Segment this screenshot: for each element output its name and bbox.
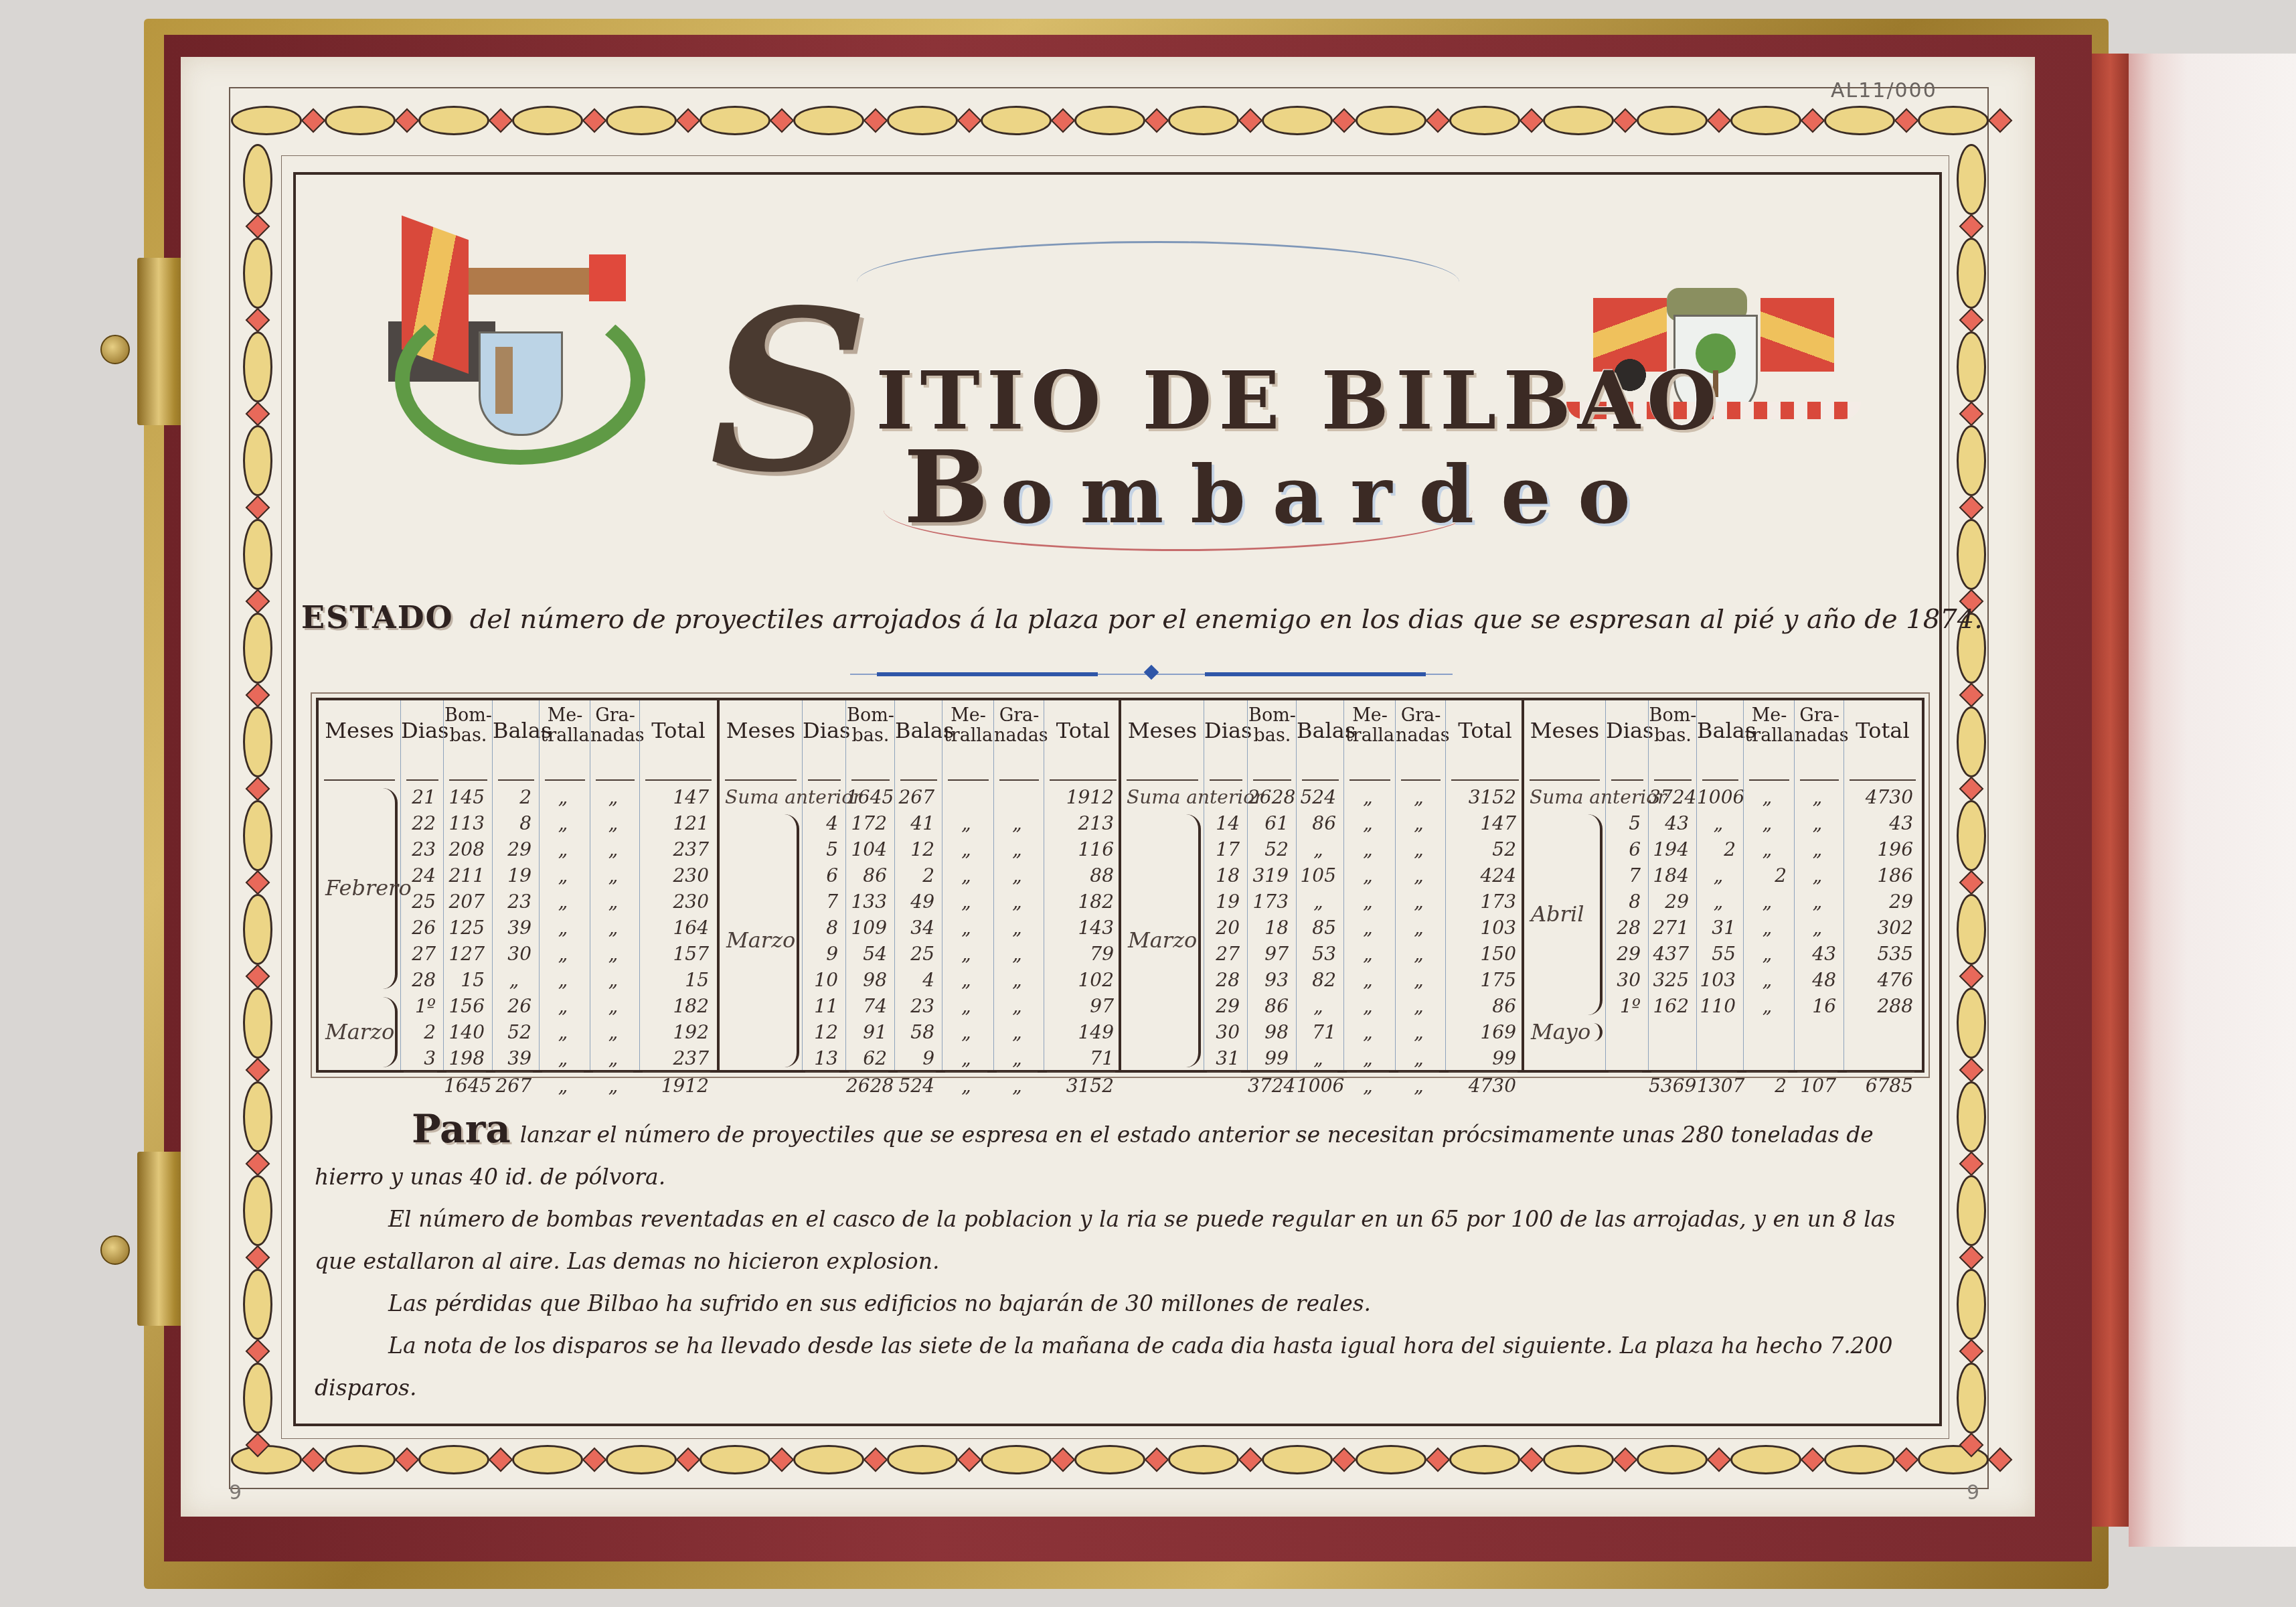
column-header-meses: Meses	[1121, 720, 1204, 741]
column-cells: 31521475242417310315017586169994730	[1446, 784, 1520, 1099]
border-diamond-icon	[246, 1433, 270, 1458]
border-oval	[1262, 106, 1333, 135]
border-oval	[1074, 106, 1145, 135]
table-cell: „	[994, 1045, 1040, 1071]
cloth-spine	[2092, 54, 2129, 1527]
header-rule	[1302, 779, 1339, 781]
header-rule	[1702, 779, 1738, 781]
table-cell: „	[1795, 836, 1840, 862]
border-diamond-icon	[676, 108, 701, 133]
border-diamond-icon	[246, 1058, 270, 1083]
table-cell: „	[1744, 784, 1791, 810]
table-cell: 1912	[1044, 784, 1118, 810]
sum-cell-metralla: „	[1344, 1073, 1392, 1099]
table-cell: 1º	[401, 993, 440, 1019]
table-cell: „	[590, 967, 636, 993]
border-oval	[1957, 1175, 1986, 1246]
table-cell: 3152	[1446, 784, 1520, 810]
table-cell: 109	[846, 915, 891, 941]
border-diamond-icon	[246, 1245, 270, 1270]
month-label: Abril	[1531, 901, 1584, 927]
table-cell: 8	[803, 915, 842, 941]
empty-cell	[1649, 1045, 1693, 1071]
table-cell: 26	[401, 915, 440, 941]
column-cells: 262861523191731897938698993724	[1248, 784, 1293, 1099]
table-cell: „	[1396, 836, 1442, 862]
table-cell: 4730	[1844, 784, 1917, 810]
table-cell: 125	[444, 915, 489, 941]
table-cell: 2	[895, 862, 938, 889]
border-oval	[243, 144, 272, 215]
column-header-balas: Balas	[1697, 720, 1744, 741]
header-rule	[808, 779, 841, 781]
column-header-granadas: Gra-nadas	[994, 706, 1044, 746]
border-diamond-icon	[489, 108, 513, 133]
column-cells: „„„„„„„„„„„„	[540, 784, 586, 1099]
column-cells: 14171819202728293031	[1204, 784, 1244, 1099]
border-diamond-icon	[1145, 108, 1169, 133]
table-cell: 52	[493, 1019, 536, 1045]
border-diamond-icon	[770, 108, 795, 133]
sum-cell-total: 6785	[1844, 1073, 1917, 1099]
table-cell: „	[1744, 915, 1791, 941]
table-cell: 16	[1795, 993, 1840, 1019]
table-cell: 29	[1204, 993, 1244, 1019]
table-cell: „	[1344, 915, 1392, 941]
table-cell: 5	[803, 836, 842, 862]
border-oval	[981, 1445, 1052, 1474]
table-cell: 267	[895, 784, 938, 810]
column-header-meses: Meses	[1524, 720, 1605, 741]
table-cell: 2	[493, 784, 536, 810]
border-oval	[1449, 1445, 1520, 1474]
table-cell: 9	[803, 941, 842, 967]
border-oval	[418, 1445, 489, 1474]
decorative-border-top	[231, 100, 2012, 141]
table-cell	[994, 784, 1040, 810]
table-cell: 98	[846, 967, 891, 993]
table-cell: 8	[493, 810, 536, 836]
table-cell: 52	[1446, 836, 1520, 862]
paragraph-2: El número de bombas reventadas en el cas…	[315, 1198, 1921, 1282]
column-balas: Balas52486„105„855382„71„1006	[1296, 700, 1344, 1070]
table-cell: 164	[640, 915, 713, 941]
sum-cell-metralla: 2	[1744, 1073, 1791, 1099]
column-header-metralla: Me-tralla	[1344, 706, 1396, 746]
table-cell: 62	[846, 1045, 891, 1071]
column-balas: Balas26741122493425423589524	[894, 700, 942, 1070]
border-oval	[700, 1445, 770, 1474]
border-diamond-icon	[1426, 1448, 1451, 1472]
border-oval	[1637, 1445, 1708, 1474]
month-label: Febrero	[325, 875, 412, 901]
border-oval	[1543, 106, 1614, 135]
column-header-total: Total	[1844, 720, 1921, 741]
border-diamond-icon	[957, 108, 982, 133]
para-lead-word: Para	[412, 1106, 511, 1152]
header-rule	[498, 779, 534, 781]
header-rule	[851, 779, 890, 781]
table-cell: 127	[444, 941, 489, 967]
table-cell: „	[1344, 941, 1392, 967]
table-cell: 182	[640, 993, 713, 1019]
table-cell: 27	[1204, 941, 1244, 967]
border-oval	[1957, 1081, 1986, 1152]
decorative-border-right	[1951, 144, 1991, 1456]
column-header-balas: Balas	[895, 720, 942, 741]
sum-cell-bombas: 5369	[1649, 1073, 1693, 1099]
catalog-label: AL11/000	[1831, 79, 1937, 102]
sum-cell-bombas: 2628	[846, 1073, 891, 1099]
border-oval	[512, 106, 583, 135]
border-oval	[793, 1445, 864, 1474]
header-rule	[999, 779, 1039, 781]
column-metralla: Me-tralla„„„2„„„„„2	[1743, 700, 1795, 1070]
empty-cell	[1606, 1073, 1645, 1099]
empty-cell	[1649, 1019, 1693, 1045]
table-cell: „	[942, 1019, 990, 1045]
table-cell: „	[1396, 810, 1442, 836]
border-oval	[243, 1269, 272, 1340]
border-diamond-icon	[1801, 108, 1825, 133]
table-cell: „	[994, 889, 1040, 915]
table-cell: „	[1344, 1045, 1392, 1071]
column-header-balas: Balas	[493, 720, 540, 741]
table-cell: „	[1697, 889, 1740, 915]
header-rule	[1530, 779, 1600, 781]
border-diamond-icon	[1332, 108, 1357, 133]
border-diamond-icon	[1613, 108, 1638, 133]
table-cell: „	[540, 810, 586, 836]
table-cell: „	[1297, 889, 1340, 915]
table-cell: 169	[1446, 1019, 1520, 1045]
border-oval	[1449, 106, 1520, 135]
table-cell	[942, 784, 990, 810]
table-cell: „	[540, 1045, 586, 1071]
table-cell: 6	[1606, 836, 1645, 862]
table-cell: 97	[1248, 941, 1293, 967]
empty-cell	[1844, 1045, 1917, 1071]
header-rule	[1611, 779, 1643, 781]
column-cells: „„„„„„„„„„„	[994, 784, 1040, 1099]
header-rule	[545, 779, 585, 781]
table-cell: „	[590, 784, 636, 810]
column-cells: 1912213116881821437910297149713152	[1044, 784, 1118, 1099]
sum-cell-granadas: 107	[1795, 1073, 1840, 1099]
border-oval	[243, 238, 272, 309]
header-rule	[1127, 779, 1198, 781]
sum-cell-balas: 1307	[1697, 1073, 1740, 1099]
table-cell: 476	[1844, 967, 1917, 993]
column-cells: 45678910111213	[803, 784, 842, 1099]
border-diamond-icon	[246, 870, 270, 895]
column-header-meses: Meses	[720, 720, 802, 741]
border-diamond-icon	[1959, 495, 1984, 520]
border-diamond-icon	[246, 495, 270, 520]
table-cell: „	[1795, 862, 1840, 889]
carried-forward-label: Suma anterior	[1530, 784, 1667, 810]
table-cell: „	[942, 941, 990, 967]
empty-cell	[401, 1073, 440, 1099]
border-oval	[1918, 106, 1989, 135]
border-diamond-icon	[1332, 1448, 1357, 1472]
border-diamond-icon	[957, 1448, 982, 1472]
table-cell: 61	[1248, 810, 1293, 836]
border-oval	[243, 800, 272, 871]
column-bombas: Bom-bas.16451721048613310954987491622628	[845, 700, 895, 1070]
laurel-wreath-icon	[395, 295, 645, 465]
spanish-flag-icon	[1760, 298, 1834, 372]
column-balas: Balas282919233930„265239267	[492, 700, 540, 1070]
table-cell: 20	[1204, 915, 1244, 941]
table-cell: 30	[493, 941, 536, 967]
table-cell: „	[1344, 810, 1392, 836]
table-cell: „	[1344, 967, 1392, 993]
border-oval	[243, 706, 272, 777]
table-cell: 30	[1204, 1019, 1244, 1045]
table-cell: „	[1297, 993, 1340, 1019]
table-cell: 437	[1649, 941, 1693, 967]
border-diamond-icon	[246, 683, 270, 708]
column-metralla: Me-tralla„„„„„„„„„„„„	[1343, 700, 1396, 1070]
table-cell: 29	[1649, 889, 1693, 915]
table-cell: 99	[1446, 1045, 1520, 1071]
table-cell: „	[590, 915, 636, 941]
table-cell: 28	[1204, 967, 1244, 993]
border-oval	[1262, 1445, 1333, 1474]
subtitle-rest: ombardeo	[1001, 448, 1657, 541]
table-cell: 30	[1606, 967, 1645, 993]
table-cell: 150	[1446, 941, 1520, 967]
table-cell: 271	[1649, 915, 1693, 941]
month-label: Marzo	[1128, 927, 1197, 953]
border-oval	[243, 894, 272, 965]
table-cell: 156	[444, 993, 489, 1019]
table-cell: 23	[401, 836, 440, 862]
table-cell: „	[1344, 784, 1392, 810]
empty-cell	[1795, 1045, 1840, 1071]
table-cell: „	[493, 967, 536, 993]
carried-forward-label: Suma anterior	[725, 784, 862, 810]
table-cell: 41	[895, 810, 938, 836]
table-cell: 173	[1446, 889, 1520, 915]
column-cells: „„„„„„„„„„„„	[590, 784, 636, 1099]
table-cell: 7	[803, 889, 842, 915]
table-cell: 86	[846, 862, 891, 889]
table-cell: 230	[640, 862, 713, 889]
table-cell: 116	[1044, 836, 1118, 862]
table-cell: 105	[1297, 862, 1340, 889]
header-rule	[1451, 779, 1519, 781]
border-diamond-icon	[1959, 683, 1984, 708]
table-cell: 524	[1297, 784, 1340, 810]
border-diamond-icon	[246, 589, 270, 614]
border-diamond-icon	[246, 308, 270, 333]
column-cells: 372443194184292714373251625369	[1649, 784, 1693, 1099]
border-oval	[887, 106, 958, 135]
border-diamond-icon	[1051, 108, 1076, 133]
table-cell: 2	[401, 1019, 440, 1045]
border-oval	[243, 1175, 272, 1246]
border-oval	[1543, 1445, 1614, 1474]
table-cell: 143	[1044, 915, 1118, 941]
table-cell: „	[1744, 836, 1791, 862]
table-cell: „	[540, 836, 586, 862]
month-label: Marzo	[325, 1019, 394, 1045]
pennant-icon	[589, 254, 626, 301]
border-oval	[1824, 1445, 1895, 1474]
border-diamond-icon	[1238, 1448, 1263, 1472]
header-rule	[1253, 779, 1291, 781]
border-oval	[1824, 106, 1895, 135]
table-cell: 121	[640, 810, 713, 836]
table-cell: „	[1697, 810, 1740, 836]
sum-cell-balas: 267	[493, 1073, 536, 1099]
column-header-total: Total	[640, 720, 717, 741]
header-rule	[645, 779, 712, 781]
border-oval	[1957, 706, 1986, 777]
table-cell: 208	[444, 836, 489, 862]
sum-cell-total: 1912	[640, 1073, 713, 1099]
border-diamond-icon	[1959, 964, 1984, 989]
table-cell: 49	[895, 889, 938, 915]
table-cell: 98	[1248, 1019, 1293, 1045]
table-cell: 175	[1446, 967, 1520, 993]
column-header-granadas: Gra-nadas	[1795, 706, 1844, 746]
table-cell: 302	[1844, 915, 1917, 941]
column-header-meses: Meses	[319, 720, 400, 741]
border-diamond-icon	[1959, 402, 1984, 427]
table-cell: 74	[846, 993, 891, 1019]
border-oval	[1074, 1445, 1145, 1474]
table-cell: „	[942, 993, 990, 1019]
table-cell: „	[1795, 810, 1840, 836]
table-cell: „	[590, 836, 636, 862]
border-diamond-icon	[301, 108, 326, 133]
table-cell: 157	[640, 941, 713, 967]
border-oval	[981, 106, 1052, 135]
table-cell: 424	[1446, 862, 1520, 889]
table-cell: „	[1744, 889, 1791, 915]
table-cell: „	[994, 915, 1040, 941]
table-cell: 213	[1044, 810, 1118, 836]
sum-cell-total: 4730	[1446, 1073, 1520, 1099]
border-diamond-icon	[1959, 777, 1984, 801]
border-diamond-icon	[864, 1448, 888, 1472]
table-cell: 103	[1446, 915, 1520, 941]
decorative-border-bottom	[231, 1440, 2012, 1480]
table-cell: 34	[895, 915, 938, 941]
column-header-dias: Dias	[1204, 720, 1248, 741]
table-cell: 71	[1044, 1045, 1118, 1071]
border-diamond-icon	[1238, 108, 1263, 133]
table-cell: 4	[895, 967, 938, 993]
column-cells: 282919233930„265239267	[493, 784, 536, 1099]
sum-cell-bombas: 3724	[1248, 1073, 1293, 1099]
column-metralla: Me-tralla„„„„„„„„„„„	[942, 700, 994, 1070]
border-oval	[243, 1363, 272, 1434]
table-cell: 182	[1044, 889, 1118, 915]
table-cell: „	[1396, 941, 1442, 967]
table-cell: „	[942, 967, 990, 993]
border-oval	[243, 1081, 272, 1152]
column-header-dias: Dias	[401, 720, 444, 741]
border-diamond-icon	[246, 964, 270, 989]
table-cell: „	[540, 941, 586, 967]
table-cell: 211	[444, 862, 489, 889]
month-label: Mayo	[1531, 1019, 1590, 1045]
border-oval	[1730, 106, 1801, 135]
estado-text: del número de proyectiles arrojados á la…	[470, 604, 1983, 635]
projectiles-table: MesesDias21222324252627281º23Bom-bas.145…	[316, 698, 1924, 1073]
table-cell: 173	[1248, 889, 1293, 915]
table-cell: 198	[444, 1045, 489, 1071]
table-cell: 110	[1697, 993, 1740, 1019]
border-diamond-icon	[1801, 1448, 1825, 1472]
table-cell: 19	[1204, 889, 1244, 915]
table-cell: 196	[1844, 836, 1917, 862]
column-cells: 16451721048613310954987491622628	[846, 784, 891, 1099]
border-diamond-icon	[1894, 108, 1919, 133]
table-cell: „	[1297, 836, 1340, 862]
table-cell: „	[994, 810, 1040, 836]
table-cell: „	[590, 1019, 636, 1045]
column-dias: Dias56782829301º	[1605, 700, 1649, 1070]
table-cell: 31	[1697, 915, 1740, 941]
table-cell: 288	[1844, 993, 1917, 1019]
table-cell: 58	[895, 1019, 938, 1045]
table-cell: 184	[1649, 862, 1693, 889]
table-cell: „	[994, 967, 1040, 993]
column-header-granadas: Gra-nadas	[1396, 706, 1446, 746]
table-cell: „	[994, 941, 1040, 967]
border-diamond-icon	[246, 777, 270, 801]
border-oval	[512, 1445, 583, 1474]
border-oval	[887, 1445, 958, 1474]
table-cell: „	[1396, 1019, 1442, 1045]
column-cells: 147121237230230164157151821922371912	[640, 784, 713, 1099]
table-cell: „	[1795, 889, 1840, 915]
table-cell: 18	[1204, 862, 1244, 889]
column-header-dias: Dias	[1606, 720, 1649, 741]
sum-cell-total: 3152	[1044, 1073, 1118, 1099]
border-oval	[1957, 800, 1986, 871]
border-diamond-icon	[1959, 1339, 1984, 1364]
table-cell: „	[1344, 1019, 1392, 1045]
border-oval	[1957, 425, 1986, 496]
border-diamond-icon	[1520, 1448, 1544, 1472]
table-cell: 192	[640, 1019, 713, 1045]
estado-lead-word: ESTADO	[301, 599, 454, 635]
estado-heading: ESTADOdel número de proyectiles arrojado…	[301, 599, 1983, 635]
table-cell: 14	[1204, 810, 1244, 836]
header-rule	[1749, 779, 1789, 781]
table-cell: „	[1396, 889, 1442, 915]
paragraph-3: Las pérdidas que Bilbao ha sufrido en su…	[315, 1282, 1921, 1324]
title-bombardeo: Bombardeo	[904, 429, 1657, 546]
column-granadas: Gra-nadas„„„„„„434816107	[1794, 700, 1844, 1070]
table-cell: 43	[1795, 941, 1840, 967]
table-cell: 237	[640, 836, 713, 862]
column-header-bombas: Bom-bas.	[444, 706, 493, 746]
border-diamond-icon	[864, 108, 888, 133]
border-diamond-icon	[1707, 108, 1732, 133]
table-cell: 194	[1649, 836, 1693, 862]
table-cell: 86	[1297, 810, 1340, 836]
column-cells: „„„2„„„„„2	[1744, 784, 1791, 1099]
empty-cell	[1697, 1045, 1740, 1071]
table-cell: „	[590, 810, 636, 836]
